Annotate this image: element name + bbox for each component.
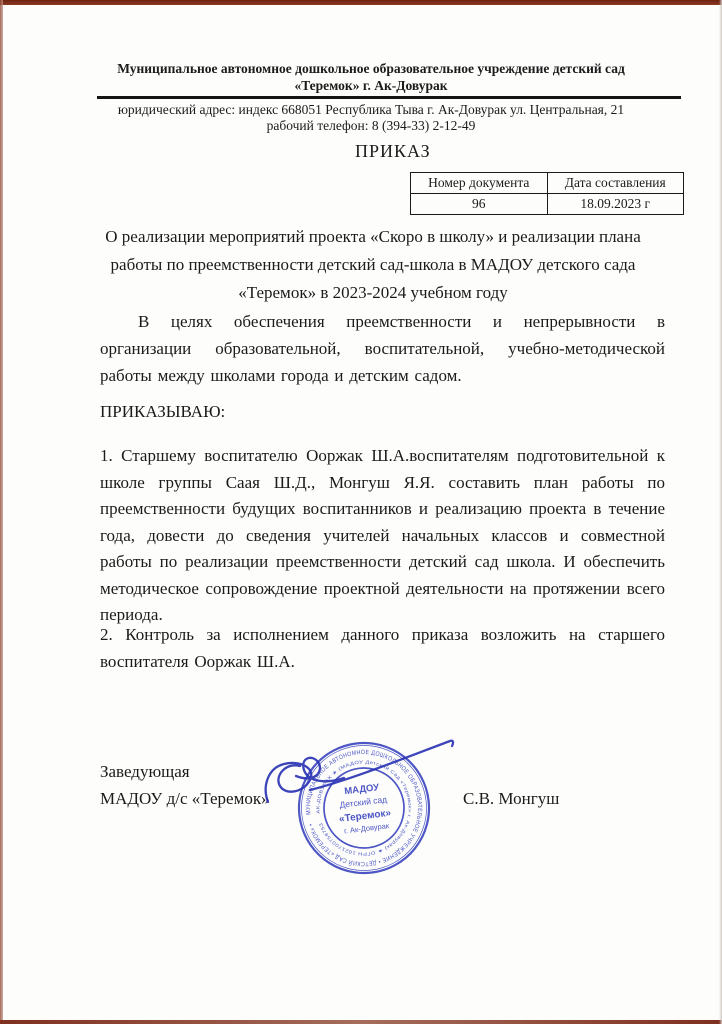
organization-name-line1: Муниципальное автономное дошкольное обра… bbox=[60, 60, 682, 77]
order-item-1: 1. Старшему воспитателю Ооржак Ш.А.воспи… bbox=[100, 443, 665, 629]
signature-role-line2: МАДОУ д/с «Теремок» bbox=[100, 789, 270, 809]
scan-edge-bottom bbox=[0, 1020, 722, 1024]
doc-date-header: Дата составления bbox=[547, 173, 684, 194]
stamp-center-text: МАДОУ Детский сад «Теремок» г. Ак-Довура… bbox=[335, 781, 393, 836]
intro-paragraph: В целях обеспечения преемственности и не… bbox=[100, 308, 665, 389]
header-divider-line bbox=[97, 96, 681, 99]
doc-date-value: 18.09.2023 г bbox=[547, 194, 684, 215]
organization-contacts: юридический адрес: индекс 668051 Республ… bbox=[60, 102, 682, 133]
signature-role-line1: Заведующая bbox=[100, 762, 190, 782]
table-value-row: 96 18.09.2023 г bbox=[411, 194, 684, 215]
order-keyword: ПРИКАЗЫВАЮ: bbox=[100, 402, 225, 422]
organization-phone: рабочий телефон: 8 (394-33) 2-12-49 bbox=[60, 118, 682, 134]
stamp-svg: МУНИЦИПАЛЬНОЕ АВТОНОМНОЕ ДОШКОЛЬНОЕ ОБРА… bbox=[260, 724, 492, 942]
official-stamp: МУНИЦИПАЛЬНОЕ АВТОНОМНОЕ ДОШКОЛЬНОЕ ОБРА… bbox=[260, 724, 492, 942]
scan-edge-top bbox=[0, 0, 722, 5]
scanned-order-document: Муниципальное автономное дошкольное обра… bbox=[0, 0, 722, 1024]
table-header-row: Номер документа Дата составления bbox=[411, 173, 684, 194]
scan-edge-left bbox=[0, 0, 3, 1024]
doc-number-header: Номер документа bbox=[411, 173, 548, 194]
organization-name-line2: «Теремок» г. Ак-Довурак bbox=[60, 77, 682, 94]
document-meta-table: Номер документа Дата составления 96 18.0… bbox=[410, 172, 684, 215]
doc-number-value: 96 bbox=[411, 194, 548, 215]
organization-address: юридический адрес: индекс 668051 Республ… bbox=[60, 102, 682, 118]
document-subject: О реализации мероприятий проекта «Скоро … bbox=[88, 223, 658, 307]
organization-name: Муниципальное автономное дошкольное обра… bbox=[60, 60, 682, 94]
document-title: ПРИКАЗ bbox=[355, 141, 431, 162]
order-item-2: 2. Контроль за исполнением данного прика… bbox=[100, 621, 665, 675]
